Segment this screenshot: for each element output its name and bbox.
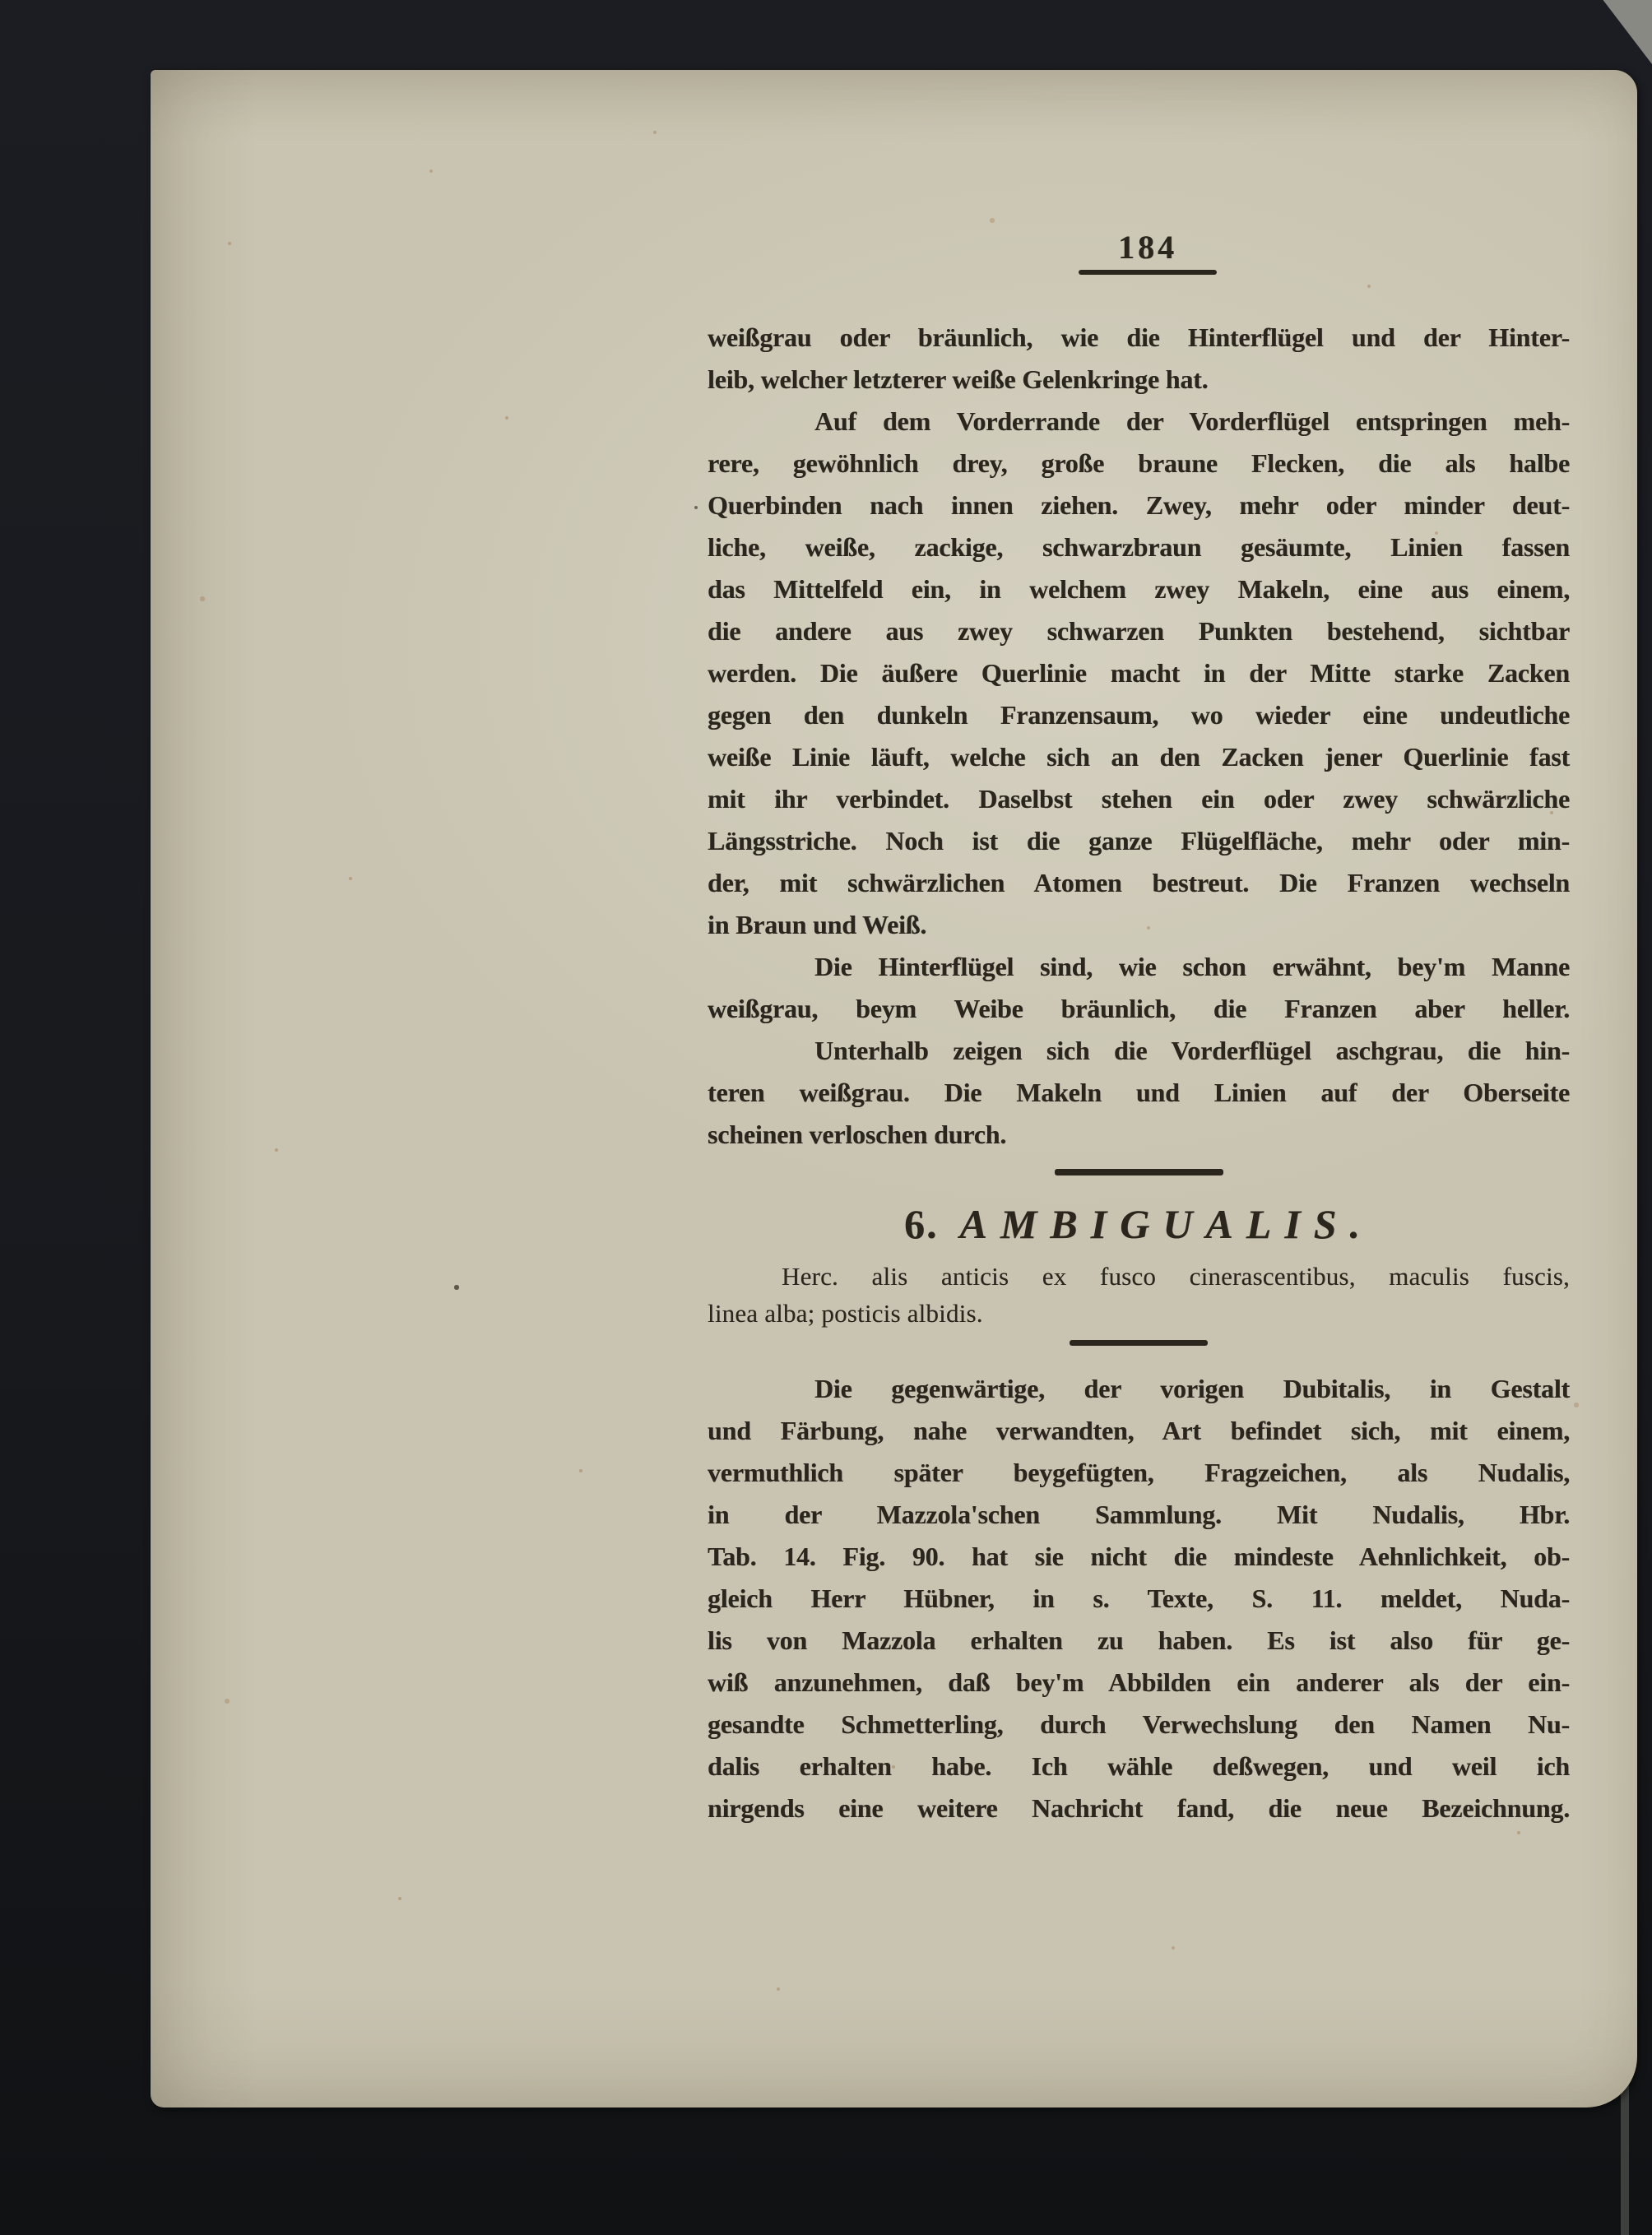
scan-background: { "page": { "number": "184" }, "colors":… bbox=[0, 0, 1652, 2235]
text-line: Unterhalb zeigen sich die Vorderflügel a… bbox=[708, 1030, 1570, 1072]
text-line: nirgends eine weitere Nachricht fand, di… bbox=[708, 1788, 1570, 1829]
text-line: Querbinden nach innen ziehen. Zwey, mehr… bbox=[708, 485, 1570, 526]
page-header: 184 bbox=[1065, 228, 1230, 275]
section-title: AMBIGUALIS. bbox=[960, 1201, 1374, 1247]
book-page: 184 weißgrau oder bräunlich, wie die Hin… bbox=[151, 70, 1637, 2107]
paper-texture-speckles bbox=[151, 70, 152, 72]
text-line: mit ihr verbindet. Daselbst stehen ein o… bbox=[708, 778, 1570, 820]
text-line: rere, gewöhnlich drey, große braune Flec… bbox=[708, 443, 1570, 485]
page-number: 184 bbox=[1065, 228, 1230, 267]
text-line: werden. Die äußere Querlinie macht in de… bbox=[708, 652, 1570, 694]
latin-divider-rule bbox=[1070, 1340, 1208, 1346]
text-line: leib, welcher letzterer weiße Gelenkring… bbox=[708, 359, 1570, 401]
section-number: 6. bbox=[904, 1201, 939, 1247]
text-line: Die gegenwärtige, der vorigen Dubitalis,… bbox=[708, 1368, 1570, 1410]
text-line: weiße Linie läuft, welche sich an den Za… bbox=[708, 736, 1570, 778]
text-line: gleich Herr Hübner, in s. Texte, S. 11. … bbox=[708, 1578, 1570, 1620]
text-line: Auf dem Vorderrande der Vorderflügel ent… bbox=[708, 401, 1570, 443]
latin-description: Herc. alis anticis ex fusco cinerascenti… bbox=[708, 1258, 1570, 1332]
text-line: und Färbung, nahe verwandten, Art befind… bbox=[708, 1410, 1570, 1452]
text-line: in Braun und Weiß. bbox=[708, 904, 1570, 946]
text-line: linea alba; posticis albidis. bbox=[708, 1295, 1570, 1332]
section-divider-rule bbox=[1055, 1169, 1223, 1175]
paragraphs-after-heading: Die gegenwärtige, der vorigen Dubitalis,… bbox=[708, 1368, 1570, 1829]
text-line: liche, weiße, zackige, schwarzbraun gesä… bbox=[708, 526, 1570, 568]
text-line: gesandte Schmetterling, durch Verwechslu… bbox=[708, 1704, 1570, 1746]
text-line: Längsstriche. Noch ist die ganze Flügelf… bbox=[708, 820, 1570, 862]
text-column: weißgrau oder bräunlich, wie die Hinterf… bbox=[708, 317, 1570, 1829]
text-line: weißgrau, beym Weibe bräunlich, die Fran… bbox=[708, 988, 1570, 1030]
text-line: gegen den dunkeln Franzensaum, wo wieder… bbox=[708, 694, 1570, 736]
text-line: das Mittelfeld ein, in welchem zwey Make… bbox=[708, 568, 1570, 610]
text-line: Die Hinterflügel sind, wie schon erwähnt… bbox=[708, 946, 1570, 988]
adjacent-page-edge-top bbox=[1594, 0, 1652, 64]
text-line: teren weißgrau. Die Makeln und Linien au… bbox=[708, 1072, 1570, 1114]
text-line: vermuthlich später beygefügten, Fragzeic… bbox=[708, 1452, 1570, 1494]
text-line: in der Mazzola'schen Sammlung. Mit Nudal… bbox=[708, 1494, 1570, 1536]
text-line: lis von Mazzola erhalten zu haben. Es is… bbox=[708, 1620, 1570, 1662]
text-line: scheinen verloschen durch. bbox=[708, 1114, 1570, 1156]
text-line: Tab. 14. Fig. 90. hat sie nicht die mind… bbox=[708, 1536, 1570, 1578]
text-line: Herc. alis anticis ex fusco cinerascenti… bbox=[708, 1258, 1570, 1295]
text-line: weißgrau oder bräunlich, wie die Hinterf… bbox=[708, 317, 1570, 359]
text-line: die andere aus zwey schwarzen Punkten be… bbox=[708, 610, 1570, 652]
text-line: wiß anzunehmen, daß bey'm Abbilden ein a… bbox=[708, 1662, 1570, 1704]
page-number-rule bbox=[1079, 270, 1217, 275]
paragraphs-before-heading: weißgrau oder bräunlich, wie die Hinterf… bbox=[708, 317, 1570, 1156]
text-line: dalis erhalten habe. Ich wähle deßwegen,… bbox=[708, 1746, 1570, 1788]
text-line: der, mit schwärzlichen Atomen bestreut. … bbox=[708, 862, 1570, 904]
section-heading: 6.AMBIGUALIS. bbox=[708, 1195, 1570, 1253]
